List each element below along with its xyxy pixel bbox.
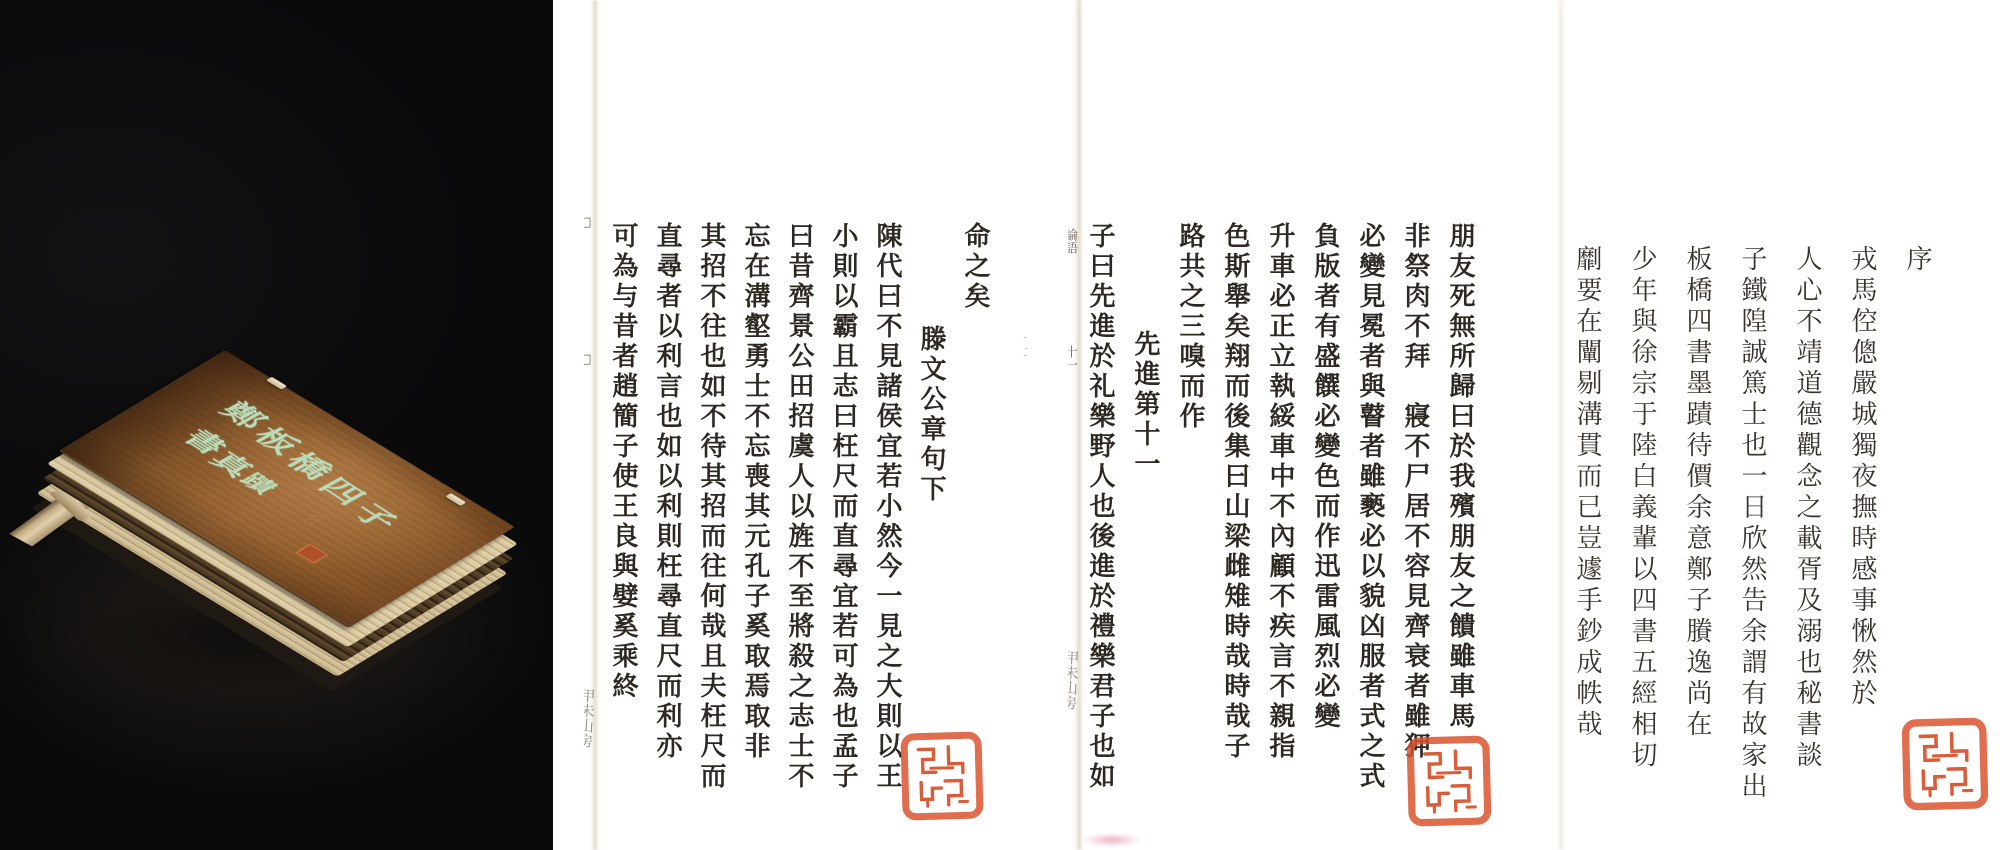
text-column: 人心不靖道德觀念之載胥及溺也秘書談 (1779, 245, 1834, 803)
text-column: 直尋者以利言也如以利則枉尋直尺而利亦 (645, 222, 689, 792)
book-photograph-panel: 鄭板橋四子書真蹟□□ (0, 0, 553, 850)
edge-fragment-text: 十一 (1068, 345, 1076, 371)
text-column: 升車必正立執綏車中不內顧不疾言不親指 (1257, 222, 1302, 792)
manuscript-leaf-analects: 朋友死無所歸曰於我殯朋友之饋雖車馬非祭肉不拜 寢不尸居不容見齊衰者雖狎必變見冕者… (1068, 0, 1517, 850)
text-column: 小則以霸且志曰枉尺而直尋宜若可為也孟子 (821, 222, 865, 792)
text-column: 陳代曰不見諸侯宜若小然今一見之大則以王 (865, 222, 909, 792)
edge-fragment-text: □ (584, 215, 592, 230)
text-column: 非祭肉不拜 寢不尸居不容見齊衰者雖狎 (1392, 222, 1437, 792)
text-column: 其招不往也如不待其招而往何哉且夫枉尺而 (689, 222, 733, 792)
text-column: 負版者有盛饌必變色而作迅雷風烈必變 (1302, 222, 1347, 792)
text-column: 板橋四書墨蹟待價余意鄭子賸逸尚在 (1669, 245, 1724, 803)
calligraphy-text-block: 朋友死無所歸曰於我殯朋友之饋雖車馬非祭肉不拜 寢不尸居不容見齊衰者雖狎必變見冕者… (1077, 222, 1482, 792)
collector-seal (900, 731, 984, 821)
edge-fragment-text: □ (584, 352, 592, 367)
text-column: 少年與徐宗于陸白義輩以四書五經相切 (1614, 245, 1669, 803)
calligraphy-text-block: 命之矣滕文公章句下陳代曰不見諸侯宜若小然今一見之大則以王小則以霸且志曰枉尺而直尋… (601, 222, 997, 792)
edge-fragment-text: 論語 (1068, 228, 1076, 254)
manuscript-leaf-preface: 序戎馬倥傯嚴城獨夜撫時感事愀然於人心不靖道德觀念之載胥及溺也秘書談子鐵隍誠篤士也… (1550, 0, 2000, 850)
text-column: 劘要在闡剔溝貫而已豈遽手鈔成帙哉 (1559, 245, 1614, 803)
edge-fragment-text: 十二 (1019, 332, 1027, 358)
manuscript-leaf-mencius: 命之矣滕文公章句下陳代曰不見諸侯宜若小然今一見之大則以王小則以霸且志曰枉尺而直尋… (584, 0, 1027, 850)
text-column: 可為与昔者趙簡子使王良與嬖奚乘終 (601, 222, 645, 792)
catalogue-spread: 鄭板橋四子書真蹟□□ 命之矣滕文公章句下陳代曰不見諸侯宜若小然今一見之大則以王小… (0, 0, 2000, 850)
text-column: 滕文公章句下 (909, 222, 953, 792)
text-column: 路共之三嗅而作 (1167, 222, 1212, 792)
text-column: 朋友死無所歸曰於我殯朋友之饋雖車馬 (1437, 222, 1482, 792)
text-column: 先進第十一 (1122, 222, 1167, 792)
text-column: 子鐵隍誠篤士也一日欣然告余謂有故家出 (1724, 245, 1779, 803)
calligraphy-text-block: 序戎馬倥傯嚴城獨夜撫時感事愀然於人心不靖道德觀念之載胥及溺也秘書談子鐵隍誠篤士也… (1559, 245, 1944, 803)
text-column: 色斯舉矣翔而後集曰山梁雌雉時哉時哉子 (1212, 222, 1257, 792)
text-column: 忘在溝壑勇士不忘喪其元孔子奚取焉取非 (733, 222, 777, 792)
text-column: 子曰先進於礼樂野人也後進於禮樂君子也如 (1077, 222, 1122, 792)
text-column: 必變見冕者與瞽者雖褻必以貌凶服者式之式 (1347, 222, 1392, 792)
text-column: 命之矣 (953, 222, 997, 792)
text-column: 曰昔齊景公田招虞人以旌不至將殺之志士不 (777, 222, 821, 792)
collector-seal (1901, 717, 1989, 811)
pink-stain (1082, 833, 1142, 847)
collector-seal (1406, 735, 1492, 827)
text-column: 戎馬倥傯嚴城獨夜撫時感事愀然於 (1834, 245, 1889, 803)
